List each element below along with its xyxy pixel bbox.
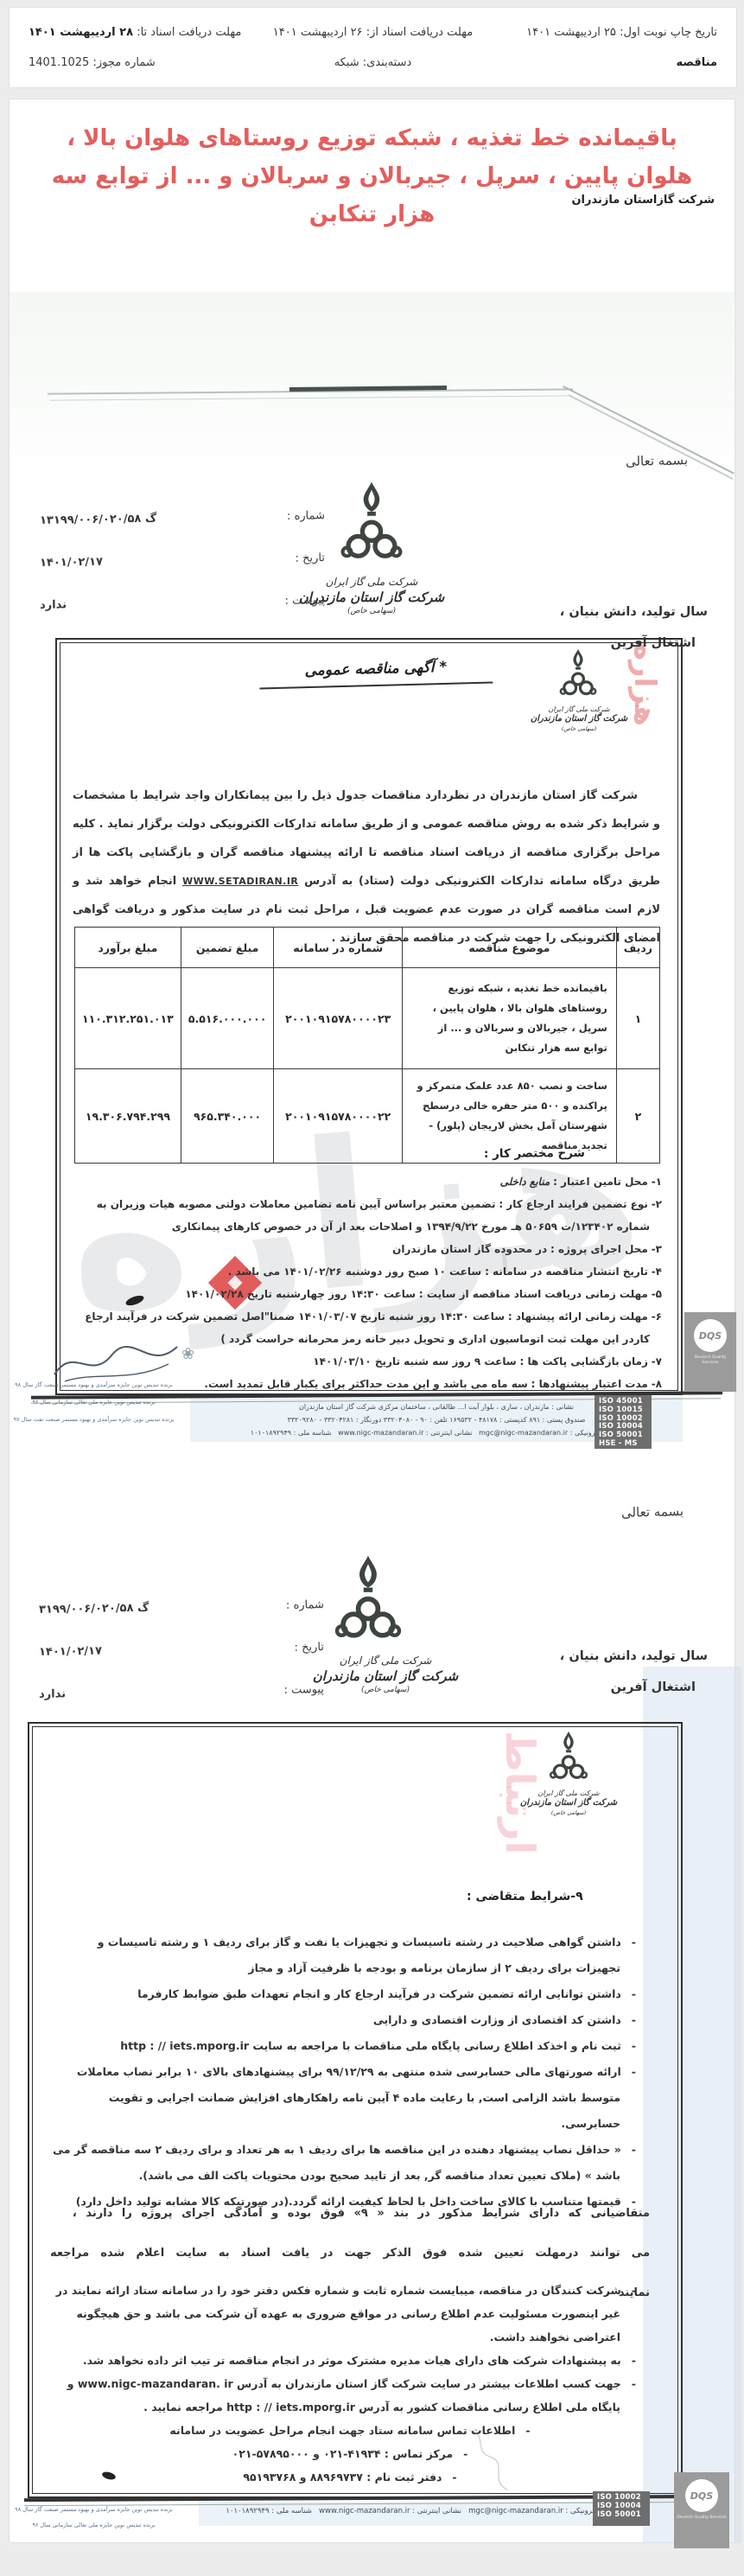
docs-from-label: مهلت دریافت اسناد از: [366, 26, 474, 39]
attachment-label: پیوست : [283, 1683, 324, 1697]
print-date: تاریخ چاپ نوبت اول: ۲۵ اردیبهشت ۱۴۰۱ [487, 26, 717, 39]
org-line1: شرکت ملی گاز ایران [508, 1789, 629, 1797]
national-id-label: شناسه ملی : [294, 1429, 332, 1437]
slogan-line2: اشتغال آفرین [509, 1672, 708, 1703]
letter-number-row: شماره : گ ۱۳۱۹۹/۰۰۶/۰۲۰/۵۸ [40, 509, 325, 527]
org-line2: شرکت گاز استان مازندران [518, 713, 639, 725]
docs-from-value: ۲۶ اردیبهشت ۱۴۰۱ [273, 26, 363, 39]
requirement-item: داشتن کد اقتصادی از وزارت اقتصادی و دارا… [50, 2007, 650, 2033]
iso-badge: ISO 50001 [597, 2511, 645, 2520]
dqs-caption: Deutsch Quality Services [684, 1355, 736, 1366]
letter-date-row: تاریخ : ۱۴۰۱/۰۲/۱۷ [40, 552, 325, 570]
table-row: ۱ باقیمانده خط تغذیه ، شبکه توزیع روستاه… [75, 968, 660, 1069]
requirement-item: مرکز تماس : ۴۱۹۳۴-۰۲۱ و ۵۷۸۹۵۰۰۰-۰۲۱ [50, 2442, 650, 2465]
requirements-list: داشتن گواهی صلاحیت در رشته تاسیسات و تجه… [50, 1929, 650, 2215]
date-label: تاریخ : [295, 552, 325, 565]
row-estimate: ۱۹.۳۰۶.۷۹۴.۲۹۹ [75, 1069, 181, 1164]
attachment-label: پیوست : [284, 594, 325, 608]
national-id-label: شناسه ملی : [271, 2507, 312, 2515]
docs-until-value: ۲۸ اردیبهشت ۱۴۰۱ [29, 26, 133, 39]
web-label: نشانی اینترنتی : [426, 1429, 472, 1437]
item-text: ساعت ۱۴:۳۰ روز چهارشنبه تاریخ ۱۴۰۱/۰۲/۲۸ [185, 1288, 416, 1300]
slogan-line1: سال تولید، دانش بنیان ، [560, 1649, 708, 1663]
requirements-title: ۹-شرایط متقاضی : [467, 1890, 665, 1903]
license: شماره مجوز: 1401.1025 [29, 56, 258, 69]
row-estimate: ۱۱۰.۳۱۲.۲۵۱.۰۱۳ [75, 968, 181, 1069]
row-guarantee: ۵.۵۱۶.۰۰۰.۰۰۰ [181, 968, 274, 1069]
nigc-logo-small-icon [544, 1731, 593, 1788]
license-label: شماره مجوز: [92, 56, 155, 69]
letter-meta-doc2: شماره : گ ۳۱۹۹/۰۰۶/۰۲۰/۵۸ تاریخ : ۱۴۰۱/۰… [39, 1601, 324, 1728]
award-line: برنده تندیس نوین جایزه سرآمدی و بهبود مس… [5, 1376, 182, 1393]
bismillah-doc1: بسمه تعالی [596, 451, 717, 470]
nigc-logo-small-icon [555, 648, 601, 704]
requirement-item: به پیشنهادات شرکت های دارای هیات مدیره م… [50, 2349, 650, 2372]
date-label: تاریخ : [294, 1641, 324, 1655]
iso-badges: ISO 45001 ISO 10015 ISO 10002 ISO 10004 … [595, 1395, 652, 1449]
iso-badge: HSE - MS [599, 1440, 647, 1449]
iso-badges-partial: ISO 10002 ISO 10004 ISO 50001 [593, 2491, 650, 2526]
grouping: دسته‌بندی: شبکه [258, 56, 488, 69]
number-value: گ ۳۱۹۹/۰۰۶/۰۲۰/۵۸ [39, 1602, 149, 1616]
dqs-badge: DQS Deutsch Quality Services [674, 2472, 729, 2548]
letter-date-row: تاریخ : ۱۴۰۱/۰۲/۱۷ [39, 1641, 324, 1659]
work-item: ۵- مهلت زمانی دریافت اسناد مناقصه از سای… [73, 1283, 662, 1305]
year-slogan-doc2: سال تولید، دانش بنیان ، اشتغال آفرین [509, 1641, 708, 1703]
item-text: منابع داخلی [500, 1176, 550, 1188]
row-guarantee: ۹۶۵.۳۴۰.۰۰۰ [181, 1069, 274, 1164]
org-line3: (سهامی خاص) [518, 725, 639, 732]
row-subject: باقیمانده خط تغذیه ، شبکه توزیع روستاهای… [403, 968, 617, 1069]
intro-text-before: شرکت گاز استان مازندران در نظردارد مناقص… [73, 789, 660, 888]
letter-attachment-row: پیوست : ندارد [40, 594, 325, 612]
col-guarantee: مبلغ تضمین [181, 928, 274, 968]
item-number: ۳- [652, 1243, 662, 1255]
col-row: ردیف [616, 928, 659, 968]
col-estimate: مبلغ برآورد [75, 928, 181, 968]
work-item: ۳- محل اجرای پروژه : در محدوده گاز استان… [73, 1238, 662, 1260]
item-number: ۴- [652, 1266, 662, 1278]
grouping-value: شبکه [334, 56, 359, 69]
footer-contact-doc2: پست الکترونیکی : mgc@nigc-mazandaran.ir … [199, 2507, 648, 2515]
award-line: برنده تندیس نوین جایزه سرآمدی و بهبود مس… [5, 1411, 182, 1428]
requirement-item: داشتن گواهی صلاحیت در رشته تاسیسات و تجه… [50, 1929, 650, 1981]
web-value[interactable]: www.nigc-mazandaran.ir [338, 1429, 423, 1437]
item-label: محل اجرای پروژه : [550, 1243, 648, 1255]
award-lines-doc1: برنده تندیس نوین جایزه سرآمدی و بهبود مس… [5, 1376, 182, 1428]
docs-until-label: مهلت دریافت اسناد تا: [137, 26, 241, 39]
table-header-row: ردیف موضوع مناقصه شماره در سامانه مبلغ ت… [75, 928, 660, 968]
tender-type: مناقصه [487, 56, 717, 69]
letter-attachment-row: پیوست : ندارد [39, 1683, 324, 1701]
col-subject: موضوع مناقصه [403, 928, 617, 968]
email-value[interactable]: mgc@nigc-mazandaran.ir [479, 1429, 568, 1437]
requirement-item: شرکت کنندگان در مناقصه، میبایست شماره ثا… [50, 2279, 650, 2349]
org-line3: (سهامی خاص) [508, 1809, 629, 1816]
print-date-label: تاریخ چاپ نوبت اول: [620, 26, 717, 39]
number-value: گ ۱۳۱۹۹/۰۰۶/۰۲۰/۵۸ [40, 513, 156, 527]
requirement-item: اطلاعات تماس سامانه ستاد جهت انجام مراحل… [50, 2419, 650, 2442]
item-label: مدت اعتبار پیشنهادها : [531, 1378, 648, 1390]
requirement-item: « حداقل نصاب پیشنهاد دهنده در این مناقصه… [50, 2137, 650, 2189]
dqs-badge: DQS Deutsch Quality Services [684, 1312, 736, 1392]
requirement-item: داشتن توانایی ارائه تضمین شرکت در فرآیند… [50, 1981, 650, 2007]
tender-table: ردیف موضوع مناقصه شماره در سامانه مبلغ ت… [74, 927, 660, 1164]
work-item: ۴- تاریخ انتشار مناقصه در سامانه : ساعت … [73, 1260, 662, 1283]
work-item: ۱- محل تامین اعتبار : منابع داخلی [73, 1170, 662, 1193]
docs-until: مهلت دریافت اسناد تا: ۲۸ اردیبهشت ۱۴۰۱ [29, 26, 258, 39]
grouping-label: دسته‌بندی: [363, 56, 412, 69]
web-value[interactable]: www.nigc-mazandaran.ir [319, 2507, 410, 2515]
meta-bar: تاریخ چاپ نوبت اول: ۲۵ اردیبهشت ۱۴۰۱ مهل… [9, 7, 737, 88]
nigc-logo-icon [334, 481, 410, 572]
stamp-icon: ❀ [181, 1345, 194, 1363]
item-label: مهلت زمانی دریافت اسناد مناقصه از سایت : [419, 1288, 648, 1300]
org-calligraphy-small-doc2: شرکت ملی گاز ایران شرکت گاز استان مازندر… [508, 1789, 629, 1816]
requirements-list-2: شرکت کنندگان در مناقصه، میبایست شماره ثا… [50, 2279, 650, 2489]
award-line: برنده تندیس نوین جایزه ملی تعالی سازمانی… [5, 1393, 182, 1411]
item-text: در محدوده گاز استان مازندران [392, 1243, 547, 1255]
attachment-value: ندارد [39, 1687, 66, 1701]
nigc-logo-icon [327, 1554, 410, 1653]
row-number: ۲۰۰۱۰۹۱۵۷۸۰۰۰۰۲۲ [274, 1069, 403, 1164]
national-id-value: ۱۰۱۰۱۸۹۲۹۴۹ [251, 1429, 291, 1437]
org-line2: شرکت گاز استان مازندران [508, 1797, 629, 1809]
item-number: ۷- [652, 1355, 662, 1368]
item-number: ۸- [652, 1378, 662, 1390]
award-lines-doc2: برنده تندیس نوین جایزه سرآمدی و بهبود مس… [5, 2502, 182, 2533]
row-number: ۲۰۰۱۰۹۱۵۷۸۰۰۰۰۲۳ [274, 968, 403, 1069]
meta-row-category: مناقصه دسته‌بندی: شبکه شماره مجوز: 1401.… [29, 56, 717, 69]
item-label: تاریخ انتشار مناقصه در سامانه : [485, 1266, 648, 1278]
slogan-line1: سال تولید، دانش بنیان ، [560, 605, 708, 619]
item-number: ۲- [652, 1198, 662, 1210]
item-label: محل تامین اعتبار : [553, 1176, 648, 1188]
item-label: مهلت زمانی ارائه پیشنهاد : [508, 1310, 648, 1323]
email-value[interactable]: mgc@nigc-mazandaran.ir [468, 2507, 563, 2515]
work-item: ۲- نوع تضمین فرایند ارجاع کار : تضمین مع… [73, 1193, 662, 1238]
license-value: 1401.1025 [29, 56, 89, 69]
national-id-value: ۱۰۱۰۱۸۹۲۹۴۹ [226, 2507, 269, 2515]
col-number: شماره در سامانه [274, 928, 403, 968]
item-label: نوع تضمین فرایند ارجاع کار : [499, 1198, 648, 1210]
requirement-item: ثبت نام و اخذکد اطلاع رسانی پایگاه ملی م… [50, 2033, 650, 2059]
setadiran-link[interactable]: WWW.SETADIRAN.IR [182, 876, 298, 887]
requirement-item: جهت کسب اطلاعات بیشتر در سایت شرکت گاز ا… [50, 2372, 650, 2419]
item-label: زمان بازگشایی پاکت ها : [519, 1355, 647, 1368]
company-name: شرکت گازاستان مازندران [571, 194, 715, 207]
applicants-paragraph-line1: متقاضیانی که دارای شرایط مذکور در بند « … [50, 2194, 650, 2234]
dqs-logo-icon: DQS [685, 2479, 718, 2512]
page-title: باقیمانده خط تغذیه ، شبکه توزیع روستاهای… [35, 119, 709, 233]
item-text: ساعت ۱۰ صبح روز دوشنبه ۱۴۰۱/۰۲/۲۶ می باش… [228, 1266, 481, 1278]
award-line: برنده تندیس نوین جایزه سرآمدی و بهبود مس… [5, 2502, 182, 2517]
letter-meta-doc1: شماره : گ ۱۳۱۹۹/۰۰۶/۰۲۰/۵۸ تاریخ : ۱۴۰۱/… [40, 512, 325, 639]
item-number: ۵- [652, 1288, 662, 1300]
number-label: شماره : [287, 509, 325, 523]
letter-number-row: شماره : گ ۳۱۹۹/۰۰۶/۰۲۰/۵۸ [39, 1598, 324, 1616]
dqs-logo-icon: DQS [694, 1319, 727, 1352]
print-date-value: ۲۵ اردیبهشت ۱۴۰۱ [526, 26, 616, 39]
attachment-value: ندارد [40, 598, 67, 612]
item-text: سه ماه می باشد و این مدت حداکثر برای یکب… [204, 1378, 527, 1390]
award-line: برنده تندیس نوین جایزه ملی تعالی سازمانی… [5, 2517, 182, 2533]
work-summary-title: شرح مختصر کار : [484, 1145, 665, 1161]
item-number: ۱- [652, 1176, 662, 1188]
org-line1: شرکت ملی گاز ایران [518, 705, 639, 713]
dqs-caption: Deutsch Quality Services [674, 2515, 729, 2521]
date-value: ۱۴۰۱/۰۲/۱۷ [39, 1645, 102, 1659]
date-value: ۱۴۰۱/۰۲/۱۷ [40, 556, 103, 570]
number-label: شماره : [286, 1598, 324, 1612]
org-calligraphy-small-doc1: شرکت ملی گاز ایران شرکت گاز استان مازندر… [518, 705, 639, 732]
item-text: ساعت ۹ روز سه شنبه تاریخ ۱۴۰۱/۰۳/۱۰ [313, 1355, 516, 1368]
requirement-item: ارائه صورتهای مالی حسابرسی شده منتهی به … [50, 2059, 650, 2137]
tender-listing-page: تاریخ چاپ نوبت اول: ۲۵ اردیبهشت ۱۴۰۱ مهل… [0, 0, 744, 2576]
meta-row-dates: تاریخ چاپ نوبت اول: ۲۵ اردیبهشت ۱۴۰۱ مهل… [29, 26, 717, 39]
item-number: ۶- [652, 1310, 662, 1323]
docs-from: مهلت دریافت اسناد از: ۲۶ اردیبهشت ۱۴۰۱ [258, 26, 488, 39]
row-index: ۱ [616, 968, 659, 1069]
requirement-item: دفتر ثبت نام : ۸۸۹۶۹۷۳۷ و ۹۵۱۹۳۷۶۸ [50, 2465, 650, 2489]
